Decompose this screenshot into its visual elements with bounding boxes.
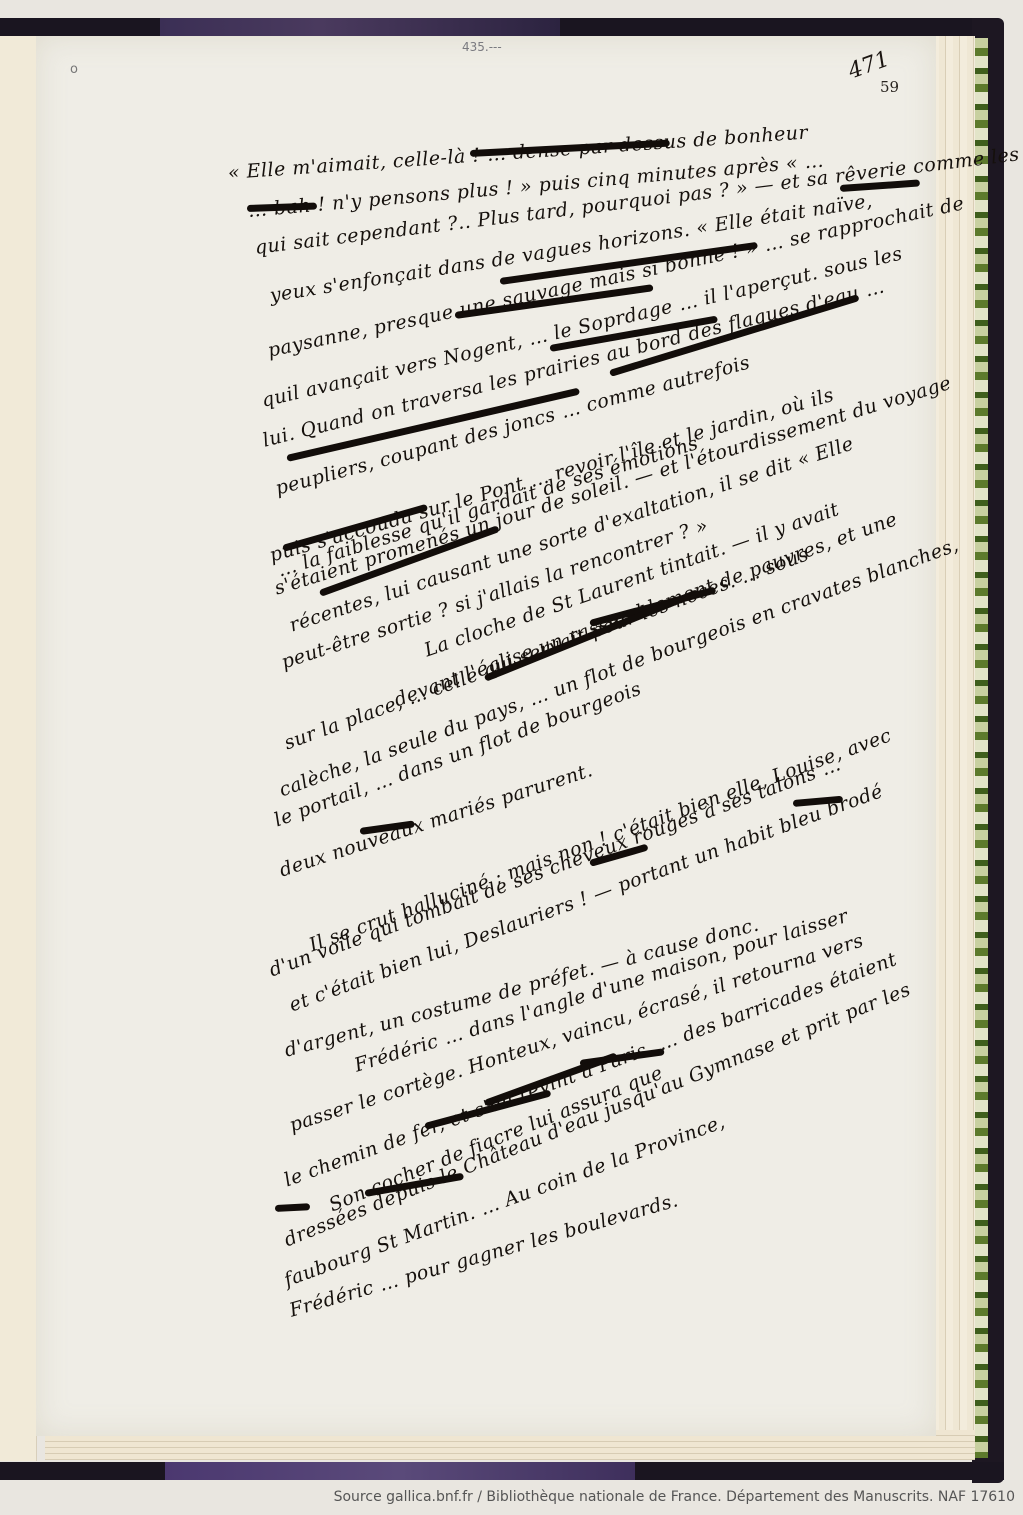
ink-strikeout [275,1203,310,1212]
source-caption: Source gallica.bnf.fr / Bibliothèque nat… [0,1489,1015,1505]
handwritten-text: « Elle m'aimait, celle-là ! … dense par … [0,0,1023,1515]
